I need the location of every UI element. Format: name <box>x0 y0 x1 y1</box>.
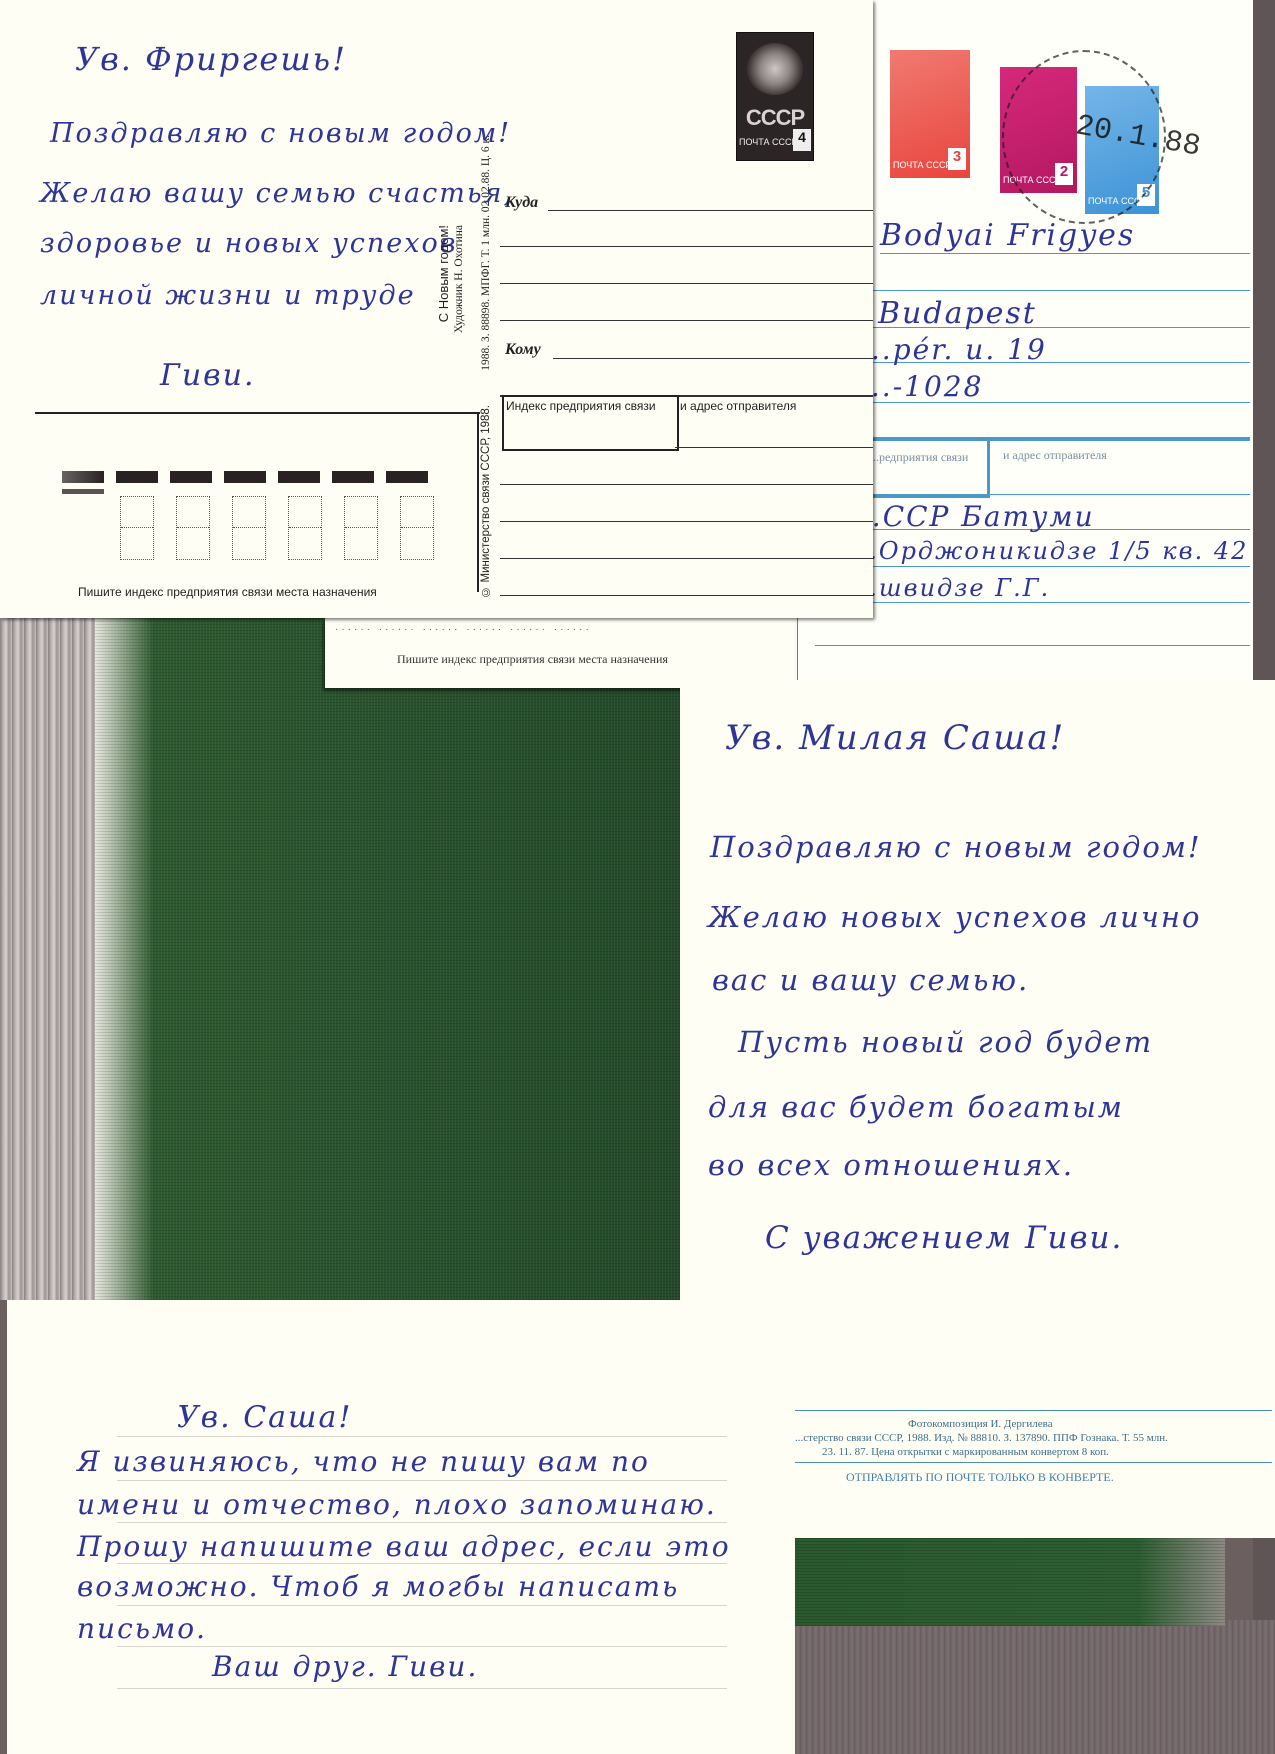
zip-dots: ······ ······ ······ ······ ······ ·····… <box>335 624 592 635</box>
imprint-line: 23. 11. 87. Цена открытки с маркированны… <box>822 1446 1109 1458</box>
stamp-3-kop: ПОЧТА СССР 3 <box>890 50 970 178</box>
album-edge <box>0 600 100 1300</box>
ruled-line <box>117 1436 727 1437</box>
postcard-2-bottom-edge: ······ ······ ······ ······ ······ ·····… <box>325 618 795 688</box>
signature: Гиви. <box>160 358 256 393</box>
message-line: здоровье и новых успехов <box>40 228 457 259</box>
album-background <box>795 1620 1275 1754</box>
send-in-envelope-notice: ОТПРАВЛЯТЬ ПО ПОЧТЕ ТОЛЬКО В КОНВЕРТЕ. <box>846 1470 1114 1485</box>
address-line <box>500 521 873 522</box>
imprint-rule <box>795 1462 1272 1463</box>
ruled-line <box>117 1522 727 1523</box>
address-line <box>553 358 873 359</box>
recipient-city: Budapest <box>878 296 1037 331</box>
address-line <box>500 283 873 284</box>
greeting: Ув. Фриргешь! <box>75 40 347 78</box>
message-line: во всех отношениях. <box>708 1148 1074 1182</box>
imprint-line: Фотокомпозиция И. Дергилева <box>908 1418 1053 1430</box>
recipient-zip: ...-1028 <box>860 370 983 403</box>
address-line <box>500 595 873 596</box>
ruled-line <box>117 1563 727 1564</box>
address-line <box>880 253 1250 254</box>
address-line <box>870 566 1250 567</box>
postcard-1: Ув. Фриргешь! Поздравляю с новым годом! … <box>0 0 873 618</box>
divider <box>35 412 480 414</box>
sender-box-divider <box>987 438 990 494</box>
address-line <box>500 320 873 321</box>
letter-card-left: Ув. Саша! Я извиняюсь, что не пишу вам п… <box>7 1300 795 1754</box>
message-line: возможно. Чтоб я могбы написать <box>77 1570 679 1603</box>
sender-address-label: и адрес отправителя <box>1003 448 1107 463</box>
sender-index-label: ...редприятия связи <box>870 450 968 465</box>
address-line <box>815 645 1250 646</box>
signature: С уважением Гиви. <box>765 1220 1123 1256</box>
address-line <box>548 210 873 211</box>
recipient-name: Bodyai Frigyes <box>880 218 1135 253</box>
address-line <box>870 602 1250 603</box>
green-cloth-cover <box>95 600 680 1300</box>
artist-credit: Художник Н. Охотина <box>453 225 465 333</box>
address-line <box>500 558 873 559</box>
sender-name: ...швидзе Г.Г. <box>850 574 1050 602</box>
message-line: Я извиняюсь, что не пишу вам по <box>77 1445 650 1478</box>
address-line <box>990 494 1250 495</box>
message-line: Желаю вашу семью счастья, <box>40 178 514 209</box>
message-line: Поздравляю с новым годом! <box>710 830 1202 864</box>
recipient-street: ...pér. u. 19 <box>860 333 1047 366</box>
address-line <box>675 447 873 448</box>
sender-box-top <box>870 437 1250 441</box>
ruled-line <box>117 1605 727 1606</box>
ruled-line <box>117 1688 727 1689</box>
message-line: Прошу напишите ваш адрес, если это <box>77 1530 731 1563</box>
to-name-label: Кому <box>505 341 541 359</box>
imprint-rule <box>795 1410 1272 1411</box>
to-address-label: Куда <box>505 194 538 212</box>
message-line: Желаю новых успехов лично <box>708 900 1201 934</box>
imprint-line: ...стерство связи СССР, 1988. Изд. № 888… <box>795 1432 1168 1444</box>
sender-city: ...ССР Батуми <box>850 500 1095 533</box>
zip-guide-bars <box>62 471 428 483</box>
message-line: вас и вашу семью. <box>712 963 1029 997</box>
message-line: личной жизни и труде <box>40 280 416 311</box>
card-title: С Новым годом! <box>436 225 451 322</box>
sender-address-label: и адрес отправителя <box>680 399 796 413</box>
message-line: Пусть новый год будет <box>738 1025 1153 1059</box>
zip-caption: Пишите индекс предприятия связи места на… <box>397 652 668 667</box>
ruled-line <box>117 1480 727 1481</box>
message-line: Поздравляю с новым годом! <box>50 118 511 149</box>
address-line <box>500 484 873 485</box>
ussr-emblem-stamp: СССР ПОЧТА СССР 4 <box>736 32 814 161</box>
greeting: Ув. Саша! <box>177 1400 352 1435</box>
greeting: Ув. Милая Саша! <box>725 718 1065 758</box>
message-line: имени и отчество, плохо запоминаю. <box>77 1488 717 1521</box>
address-line <box>500 246 873 247</box>
message-line: письмо. <box>77 1612 207 1645</box>
divider <box>477 412 479 592</box>
zip-caption: Пишите индекс предприятия связи места на… <box>78 585 377 599</box>
sender-street: ...Орджоникидзе 1/5 кв. 42 <box>850 537 1248 565</box>
print-info: 1988. З. 88898. МПФГ. Т. 1 млн. 02.02.88… <box>480 135 492 371</box>
sender-index-label: Индекс предприятия связи <box>506 399 656 413</box>
copyright: © Министерство связи СССР, 1988. <box>480 405 492 598</box>
zip-guide-dash <box>62 489 104 494</box>
sender-box-bottom <box>870 494 990 498</box>
ussr-emblem-icon <box>747 43 803 95</box>
signature: Ваш друг. Гиви. <box>212 1650 478 1683</box>
zip-code-boxes <box>120 496 434 560</box>
green-cloth-strip <box>795 1538 1225 1626</box>
message-line: для вас будет богатым <box>708 1090 1124 1124</box>
ruled-line <box>117 1646 727 1647</box>
